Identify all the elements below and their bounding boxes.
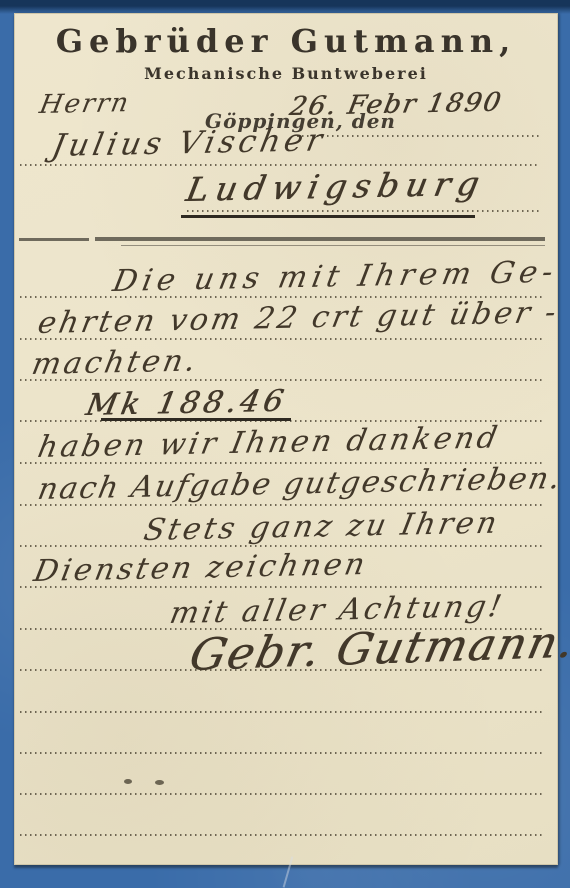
body-handwriting-line-1: Die uns mit Ihrem Ge- bbox=[110, 255, 561, 299]
ink-spot bbox=[124, 779, 132, 784]
ink-spot bbox=[155, 780, 164, 785]
body-handwriting-line-5: haben wir Ihnen dankend bbox=[35, 420, 503, 465]
separator-rule-thin bbox=[121, 245, 545, 246]
city-underline bbox=[181, 215, 475, 218]
amount-underline bbox=[101, 418, 291, 421]
body-handwriting-line-6: nach Aufgabe gutgeschrieben. bbox=[35, 461, 565, 507]
company-subtitle: Mechanische Buntweberei bbox=[15, 64, 557, 83]
ruled-line bbox=[20, 752, 542, 754]
ruled-line bbox=[20, 793, 542, 795]
body-handwriting-line-7: Stets ganz zu Ihren bbox=[141, 506, 503, 548]
body-handwriting-line-3: machten. bbox=[29, 344, 202, 382]
date-dotted-line bbox=[297, 135, 541, 137]
ruled-line bbox=[20, 545, 542, 547]
separator-rule-main bbox=[95, 237, 545, 241]
recipient-city-dotted-line bbox=[187, 210, 541, 212]
separator-rule-left bbox=[19, 238, 89, 241]
handwritten-date: 26. Febr 1890 bbox=[287, 88, 505, 122]
body-handwriting-line-2: ehrten vom 22 crt gut über - bbox=[35, 295, 562, 341]
recipient-name-handwriting: Julius Vischer bbox=[49, 122, 329, 164]
company-name: Gebrüder Gutmann, bbox=[15, 22, 557, 60]
ruled-line bbox=[20, 834, 542, 836]
scanned-postcard-background: Gebrüder Gutmann, Mechanische Buntwebere… bbox=[0, 0, 570, 888]
body-handwriting-line-8: Diensten zeichnen bbox=[31, 547, 371, 589]
ruled-line bbox=[20, 711, 542, 713]
postcard: Gebrüder Gutmann, Mechanische Buntwebere… bbox=[14, 13, 558, 865]
recipient-city-handwriting: Ludwigsburg bbox=[183, 164, 489, 209]
salutation-handwriting: Herrn bbox=[37, 88, 133, 120]
